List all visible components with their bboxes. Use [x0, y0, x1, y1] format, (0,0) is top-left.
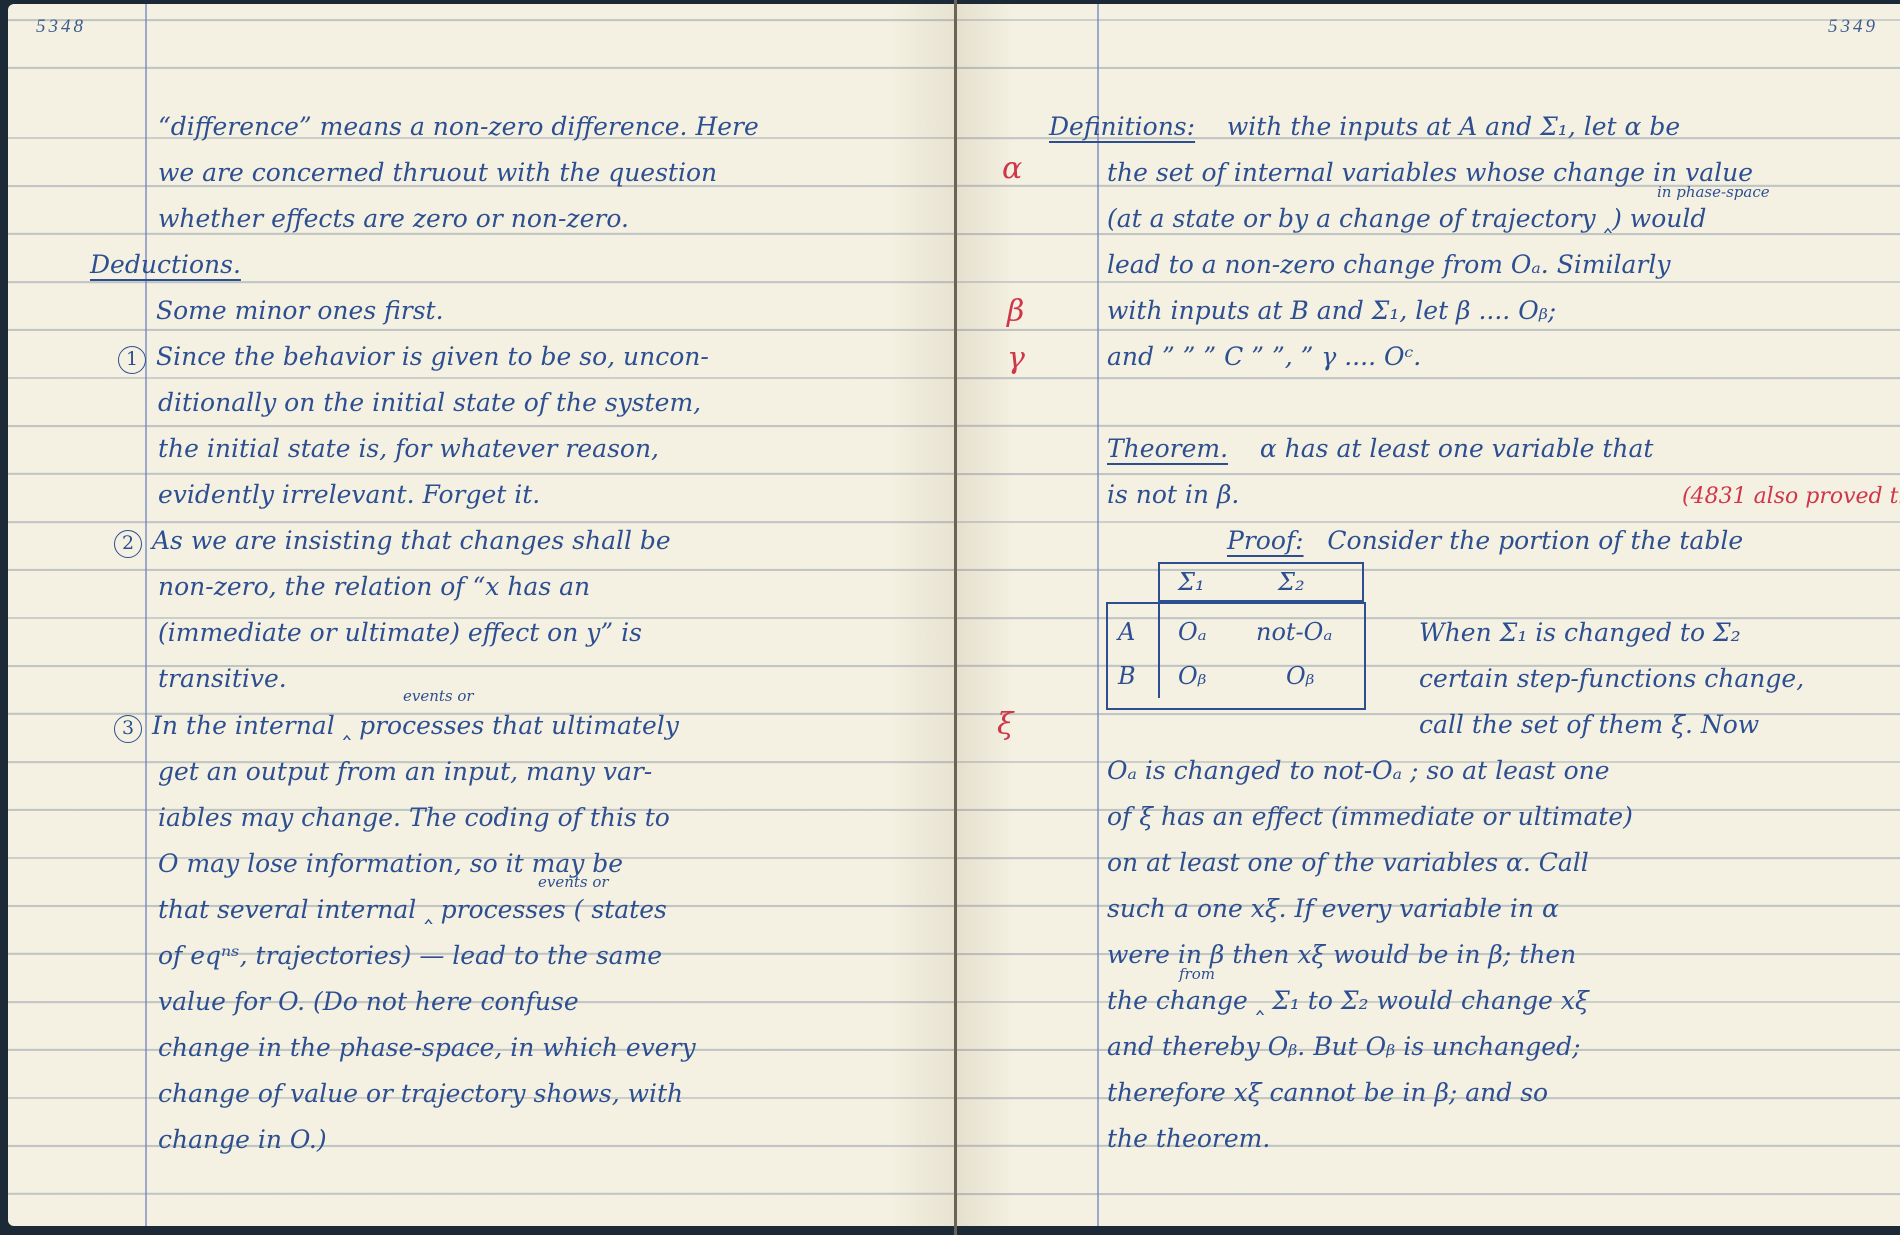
outcome-table: Σ₁ Σ₂ A Oₐ not-Oₐ B Oᵦ Oᵦ [1106, 562, 1368, 712]
text-line: (immediate or ultimate) effect on y” is [158, 618, 642, 648]
text-line: change in the phase-space, in which ever… [158, 1033, 696, 1063]
insertion-note: in phase-space [1657, 184, 1770, 200]
text-line: of eqⁿˢ, trajectories) — lead to the sam… [158, 941, 662, 971]
text-line: α has at least one variable that [1260, 434, 1654, 463]
insertion-note: events or [403, 688, 474, 704]
text-line: and thereby Oᵦ. But Oᵦ is unchanged; [1107, 1032, 1581, 1062]
beta-margin-symbol: β [1007, 297, 1024, 327]
text-line: change in O.) [158, 1125, 327, 1155]
text-line: the theorem. [1107, 1124, 1270, 1154]
text-line: on at least one of the variables α. Call [1107, 848, 1589, 878]
text-line: Oₐ is changed to not-Oₐ ; so at least on… [1107, 756, 1610, 786]
column-header: Σ₁ [1178, 568, 1205, 596]
text-line: When Σ₁ is changed to Σ₂ [1419, 618, 1741, 648]
text-line: therefore xξ cannot be in β; and so [1107, 1078, 1548, 1108]
text-line: of ξ has an effect (immediate or ultimat… [1107, 802, 1633, 832]
text-line: and ” ” ” C ” ”, ” γ .... Oᶜ. [1107, 342, 1421, 372]
text-line: is not in β. [1107, 480, 1239, 510]
text-line: evidently irrelevant. Forget it. [158, 480, 540, 510]
text-line: non-zero, the relation of “x has an [158, 572, 590, 602]
page-number: 5348 [36, 16, 86, 38]
item-number: 2 [114, 530, 142, 558]
text-line: we are concerned thruout with the questi… [158, 158, 717, 188]
right-page: 5349 Definitions: with the inputs at A a… [957, 4, 1900, 1226]
table-cell: Oₐ [1178, 618, 1207, 646]
text-line: lead to a non-zero change from Oₐ. Simil… [1107, 250, 1671, 280]
theorem-line: Theorem. α has at least one variable tha… [1107, 434, 1653, 464]
text-line: In the internal ‸ processes that ultimat… [152, 711, 679, 740]
row-label: A [1118, 618, 1135, 646]
text-line: the change ‸ Σ₁ to Σ₂ would change xξ [1107, 986, 1589, 1016]
insertion-note: events or [538, 874, 609, 890]
text-line: (at a state or by a change of trajectory… [1107, 204, 1706, 234]
text-line: transitive. [158, 664, 287, 694]
page-number: 5349 [1828, 16, 1878, 38]
text-line: the initial state is, for whatever reaso… [158, 434, 659, 464]
text-line: As we are insisting that changes shall b… [152, 526, 671, 555]
text-line: that several internal ‸ processes ( stat… [158, 895, 667, 925]
text-line: Consider the portion of the table [1327, 526, 1743, 555]
text-line: Since the behavior is given to be so, un… [156, 342, 709, 371]
section-heading-deductions: Deductions. [90, 250, 241, 280]
text-line: with the inputs at A and Σ₁, let α be [1227, 112, 1680, 141]
text-line: were in β then xξ would be in β; then [1107, 940, 1576, 970]
text-line: iables may change. The coding of this to [158, 803, 670, 833]
alpha-margin-symbol: α [1002, 154, 1022, 184]
text-line: Some minor ones first. [156, 296, 444, 326]
list-item-3: 3In the internal ‸ processes that ultima… [114, 711, 679, 743]
text-line: whether effects are zero or non-zero. [158, 204, 629, 234]
text-line: with inputs at B and Σ₁, let β .... Oᵦ; [1107, 296, 1556, 326]
row-label: B [1118, 662, 1136, 690]
item-number: 3 [114, 715, 142, 743]
red-annotation: (4831 also proved this [1682, 482, 1900, 512]
list-item-2: 2As we are insisting that changes shall … [114, 526, 671, 558]
section-heading-proof: Proof: [1227, 526, 1304, 555]
proof-line: Proof: Consider the portion of the table [1227, 526, 1743, 556]
text-line: certain step-functions change, [1419, 664, 1804, 694]
notebook-spread: 5348 “difference” means a non-zero diffe… [0, 0, 1900, 1235]
text-line: value for O. (Do not here confuse [158, 987, 579, 1017]
list-item-1: 1Since the behavior is given to be so, u… [118, 342, 709, 374]
gamma-margin-symbol: γ [1007, 344, 1025, 374]
table-cell: Oᵦ [1286, 662, 1314, 690]
text-line: ditionally on the initial state of the s… [158, 388, 701, 418]
text-line: change of value or trajectory shows, wit… [158, 1079, 683, 1109]
section-heading-definitions: Definitions: [1049, 112, 1195, 141]
insertion-note: from [1179, 966, 1215, 982]
margin-line [1097, 4, 1099, 1226]
item-number: 1 [118, 346, 146, 374]
table-divider [1158, 602, 1160, 698]
text-line: get an output from an input, many var- [158, 757, 652, 787]
left-page: 5348 “difference” means a non-zero diffe… [8, 4, 955, 1226]
text-line: such a one xξ. If every variable in α [1107, 894, 1559, 924]
column-header: Σ₂ [1278, 568, 1305, 596]
text-line: “difference” means a non-zero difference… [158, 112, 759, 142]
margin-line [145, 4, 147, 1226]
table-cell: not-Oₐ [1256, 618, 1332, 646]
text-line: call the set of them ξ. Now [1419, 710, 1759, 740]
section-heading-theorem: Theorem. [1107, 434, 1228, 463]
xi-margin-symbol: ξ [997, 710, 1014, 740]
table-cell: Oᵦ [1178, 662, 1206, 690]
definitions-line: Definitions: with the inputs at A and Σ₁… [1049, 112, 1680, 142]
